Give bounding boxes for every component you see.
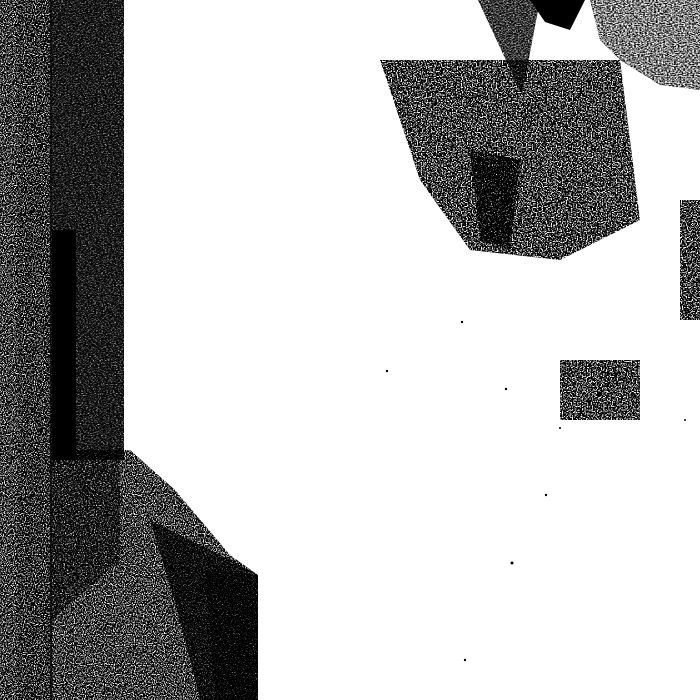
upper-right-speckle-cloud — [380, 60, 700, 420]
vertical-line — [50, 0, 52, 700]
left-vertical-dark-band — [52, 0, 124, 460]
abstract-texture-image — [0, 0, 700, 700]
scattered-dots — [386, 321, 686, 661]
texture-artwork — [0, 0, 700, 700]
bottom-left-angular-shape — [52, 450, 258, 700]
left-edge-speckle-strip — [0, 0, 52, 700]
